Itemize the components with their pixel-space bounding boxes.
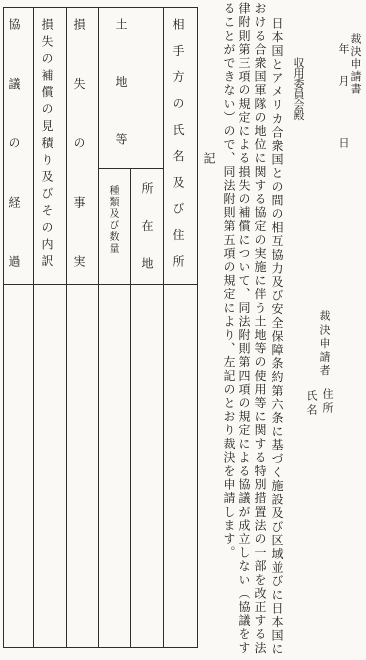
entry-land-type-quantity (98, 284, 130, 647)
entry-other-party (163, 284, 197, 647)
applicant-name-label: 氏名 (306, 390, 317, 418)
header-other-party: 相手方の氏名及び住所 (172, 18, 184, 281)
header-land-type-quantity: 種類及び数量 (107, 185, 117, 255)
claim-details-table: 相手方の氏名及び住所 土地等 所在地 種類及び数量 損失の事実 損失の補償の見積… (3, 7, 198, 648)
header-land: 土地等 (115, 18, 127, 191)
date-year-label: 年 (338, 43, 349, 56)
entry-land-location (130, 284, 164, 647)
body-column-2: おける合衆国軍隊の地位に関する協定の実施に伴う土地等の使用等に関する特別措置法の… (254, 2, 266, 655)
entry-loss-compensation (33, 284, 66, 647)
header-land-location: 所在地 (141, 182, 153, 295)
date-month-label: 月 (338, 75, 349, 88)
body-column-1: 日本国とアメリカ合衆国との間の相互協力及び安全保障条約第六条に基づく施設及び区域… (271, 17, 283, 656)
addressee-line: 収用委員会殿 (293, 57, 304, 120)
entry-loss-fact (66, 284, 99, 647)
header-loss-compensation: 損失の補償の見積り及びその内訳 (41, 18, 53, 272)
applicant-address-label: 住所 (322, 388, 333, 416)
header-loss-fact: 損失の事実 (73, 18, 85, 314)
date-day-label: 日 (338, 137, 349, 150)
applicant-label: 裁決申請者 (319, 310, 330, 378)
header-consultation: 協議の経過 (8, 18, 20, 314)
body-column-4: ることができない）ので、同法附則第五項の規定により、左記のとおり裁決を申請します… (223, 2, 235, 560)
body-column-3: 律附則第三項の規定による損失の補償について、同法附則第四項の規定による協議が成立… (238, 2, 250, 655)
document-title: 裁決申請書 (350, 33, 361, 96)
record-marker: 記 (203, 152, 215, 166)
entry-consultation (4, 284, 33, 647)
divider-under-land-header (98, 168, 164, 169)
ruling-application-form-page: 裁決申請書 年 月 日 裁決申請者 住所 氏名 収用委員会殿 日本国とアメリカ合… (0, 0, 366, 660)
